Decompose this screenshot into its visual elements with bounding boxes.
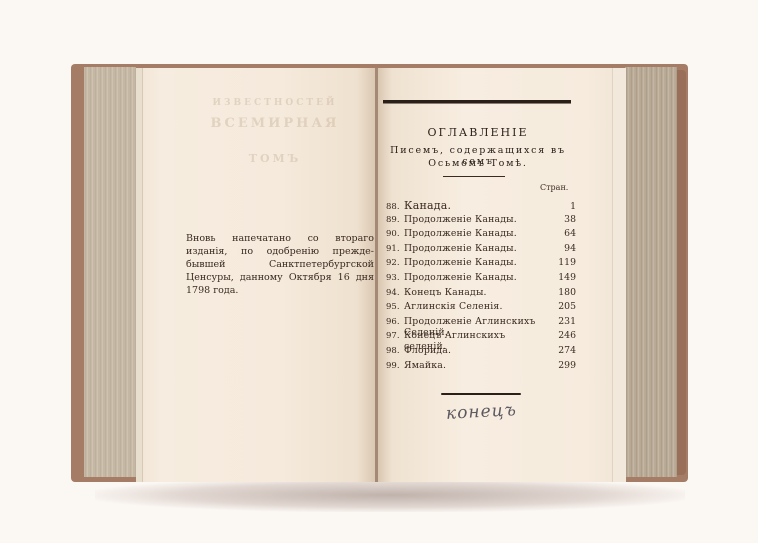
page-column-label: Стран. <box>540 183 568 192</box>
entry-title: Продолженіе Канады. <box>402 228 546 239</box>
end-rule <box>441 393 521 395</box>
handwritten-note: конецъ <box>446 400 518 424</box>
toc-entry: 88. Канада. 1 <box>386 199 576 214</box>
toc-entry: 93. Продолженіе Канады. 149 <box>386 272 576 287</box>
toc-entry: 97. Конецъ Аглинскихъ селеній. 246 <box>386 330 576 345</box>
entry-title: Ямайка. <box>402 360 546 371</box>
book-gutter <box>375 68 378 482</box>
entry-page: 1 <box>546 201 576 212</box>
entry-page: 119 <box>546 257 576 268</box>
entry-title: Продолженіе Канады. <box>402 243 546 254</box>
entry-page: 149 <box>546 272 576 283</box>
entry-page: 299 <box>546 360 576 371</box>
entry-number: 90. <box>386 229 402 239</box>
show-through-text-3: ТОМЪ <box>200 152 350 165</box>
entry-number: 89. <box>386 215 402 225</box>
entry-page: 246 <box>546 330 576 341</box>
toc-entry: 98. Флорида. 274 <box>386 345 576 360</box>
entry-number: 95. <box>386 302 402 312</box>
toc-entry: 91. Продолженіе Канады. 94 <box>386 243 576 258</box>
entry-page: 38 <box>546 214 576 225</box>
entry-title: Продолженіе Канады. <box>402 214 546 225</box>
subtitle-rule <box>443 176 505 177</box>
entry-page: 274 <box>546 345 576 356</box>
entry-number: 96. <box>386 317 402 327</box>
toc-entry: 90. Продолженіе Канады. 64 <box>386 228 576 243</box>
entry-title: Канада. <box>402 199 546 212</box>
entry-page: 94 <box>546 243 576 254</box>
toc-title: ОГЛАВЛЕНІЕ <box>383 126 573 139</box>
entry-page: 180 <box>546 287 576 298</box>
entry-number: 97. <box>386 331 402 341</box>
entry-number: 93. <box>386 273 402 283</box>
entry-number: 99. <box>386 361 402 371</box>
entry-page: 205 <box>546 301 576 312</box>
imprint-text: Вновь напечатано со втораго изданія, по … <box>186 232 374 297</box>
toc-entry: 96. Продолженіе Аглинскихъ Селеній. 231 <box>386 316 576 331</box>
show-through-text-1: ИЗВЕСТНОСТЕЙ <box>200 98 350 108</box>
entry-title: Продолженіе Канады. <box>402 257 546 268</box>
left-page-edge <box>136 68 143 482</box>
entry-page: 231 <box>546 316 576 327</box>
entry-title: Конецъ Канады. <box>402 287 546 298</box>
toc-entry: 89. Продолженіе Канады. 38 <box>386 214 576 229</box>
toc-entry: 95. Аглинскія Селенія. 205 <box>386 301 576 316</box>
book-shadow <box>95 478 685 512</box>
entry-number: 92. <box>386 258 402 268</box>
entry-title: Аглинскія Селенія. <box>402 301 546 312</box>
entry-number: 98. <box>386 346 402 356</box>
right-page-edge <box>612 68 626 482</box>
page-block-right <box>625 67 677 477</box>
entry-title: Продолженіе Канады. <box>402 272 546 283</box>
page-block-left <box>84 67 136 477</box>
entry-number: 91. <box>386 244 402 254</box>
toc-entry: 99. Ямайка. 299 <box>386 360 576 375</box>
top-rule <box>383 100 571 104</box>
entry-title: Флорида. <box>402 345 546 356</box>
entry-number: 88. <box>386 202 402 212</box>
show-through-text-2: ВСЕМИРНАЯ <box>200 116 350 131</box>
entry-page: 64 <box>546 228 576 239</box>
toc-list: 88. Канада. 1 89. Продолженіе Канады. 38… <box>386 199 576 374</box>
toc-entry: 92. Продолженіе Канады. 119 <box>386 257 576 272</box>
toc-subtitle-line2: Осьмомъ Томѣ. <box>383 158 573 169</box>
entry-number: 94. <box>386 288 402 298</box>
toc-entry: 94. Конецъ Канады. 180 <box>386 287 576 302</box>
